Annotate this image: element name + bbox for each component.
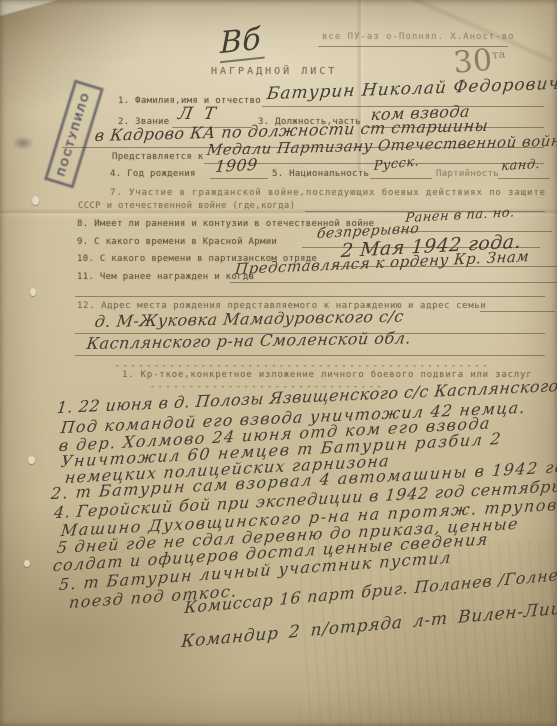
- ink-blot: [12, 136, 34, 150]
- page-number-value: 30: [452, 43, 494, 81]
- field-value-rank: Л Т: [176, 104, 219, 124]
- document-scan: ПОСТУПИЛО все ПУ-аз о-Полнял. Х.Аност-во…: [0, 0, 557, 726]
- field-value-nationality: Русск.: [373, 154, 419, 174]
- punch-hole-2: [30, 288, 36, 296]
- torn-corner: [0, 0, 58, 16]
- punch-hole-1: [32, 196, 39, 205]
- field-value-wounds: Ранен в па. но.: [405, 205, 516, 226]
- field-label-presented: Представляется к: [112, 152, 204, 162]
- field-label-party: Партийность: [436, 169, 499, 179]
- field-label-nationality: 5. Национальность: [272, 169, 369, 179]
- typed-routing-note: все ПУ-аз о-Полнял. Х.Аност-во: [322, 32, 515, 42]
- rule-empty: [75, 296, 545, 297]
- rule-prior-awards: [230, 282, 557, 283]
- handwritten-mark: Вб: [220, 21, 265, 63]
- field-label-service-line1: 7. Участие в гражданской войне,последующ…: [110, 188, 546, 198]
- field-value-surname: Батурин Николай Федорович: [266, 74, 557, 104]
- form-title: НАГРАДНОЙ ЛИСТ: [211, 66, 337, 77]
- rule-birthyear: [210, 178, 268, 179]
- field-label-redarmy: 9. С какого времени в Красной Армии: [77, 237, 277, 247]
- rule-address-2: [75, 355, 545, 356]
- rule-wounds: [400, 231, 552, 232]
- page-number-suffix: та: [492, 47, 507, 61]
- punch-hole-4: [24, 560, 30, 567]
- punch-hole-3: [28, 456, 35, 464]
- section-divider-top: ----------------------------------------…: [115, 361, 490, 370]
- field-label-service-line2: СССР и отечественной войне (где,когда): [78, 201, 295, 211]
- field-label-birthyear: 4. Год рождения: [110, 169, 196, 179]
- rule-party: [498, 178, 550, 179]
- rule-address-label: [480, 311, 555, 312]
- field-value-birthyear: 1909: [214, 155, 258, 176]
- field-value-party: канд.: [501, 157, 541, 174]
- rule-nationality: [370, 178, 432, 179]
- section-heading: 1. Кр-ткое,конкретное изложение личного …: [122, 370, 532, 380]
- field-label-prior-awards: 11. Чем ранее награжден и когда: [77, 272, 254, 282]
- field-value-address-1: д. М-Жуковка Мамадуровского с/с: [94, 307, 405, 331]
